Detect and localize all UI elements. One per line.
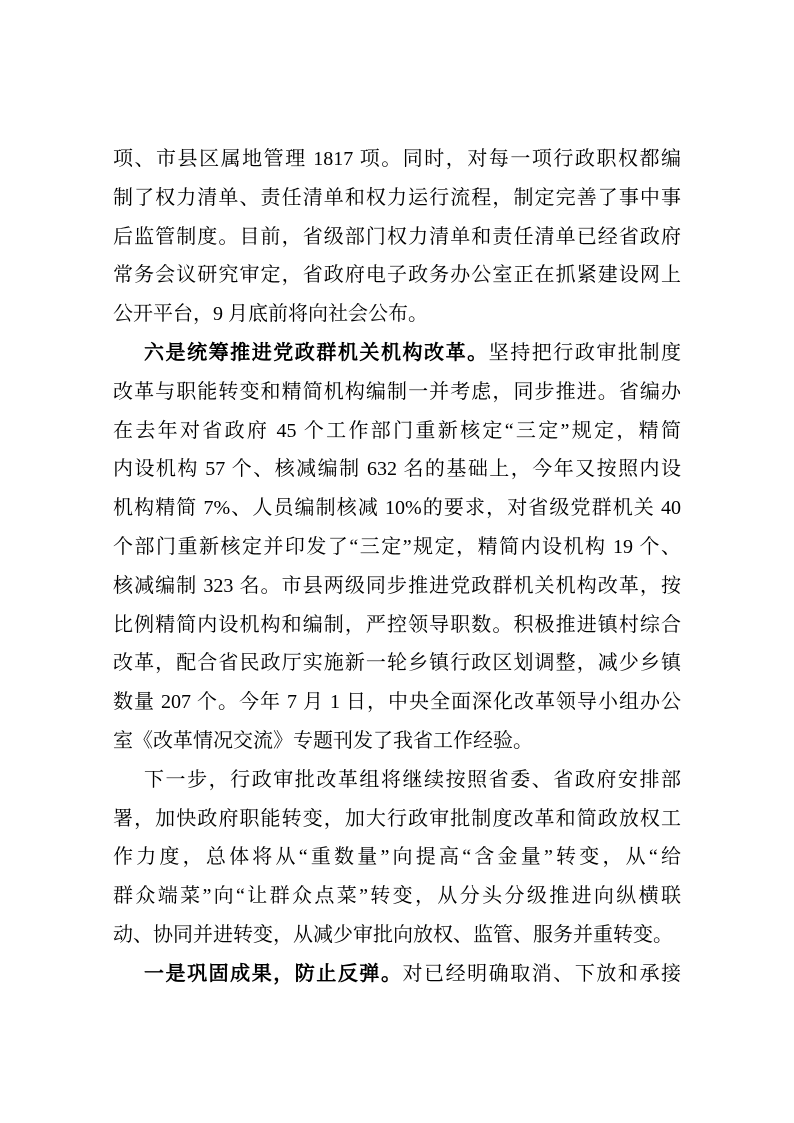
body-text: 改革，配合省民政厅实施新一轮乡镇行政区划调整，减少乡镇 bbox=[113, 652, 681, 674]
text-line: 内设机构 57 个、核减编制 632 名的基础上，今年又按照内设 bbox=[113, 450, 681, 489]
text-line: 署，加快政府职能转变，加大行政审批制度改革和简政放权工 bbox=[113, 800, 681, 839]
body-text: 常务会议研究审定，省政府电子政务办公室正在抓紧建设网上 bbox=[113, 264, 681, 286]
body-text: 下一步，行政审批改革组将继续按照省委、省政府安排部 bbox=[144, 769, 681, 791]
body-text: 制了权力清单、责任清单和权力运行流程，制定完善了事中事 bbox=[113, 187, 681, 209]
text-line: 比例精简内设机构和编制，严控领导职数。积极推进镇村综合 bbox=[113, 606, 681, 645]
text-line: 下一步，行政审批改革组将继续按照省委、省政府安排部 bbox=[113, 761, 681, 800]
text-line: 常务会议研究审定，省政府电子政务办公室正在抓紧建设网上 bbox=[113, 256, 681, 295]
body-text: 个部门重新核定并印发了“三定”规定，精简内设机构 19 个、 bbox=[113, 536, 681, 558]
body-text: 后监管制度。目前，省级部门权力清单和责任清单已经省政府 bbox=[113, 226, 681, 248]
paragraph-continued-from-previous-page: 项、市县区属地管理 1817 项。同时，对每一项行政职权都编制了权力清单、责任清… bbox=[113, 140, 681, 334]
body-text: 公开平台，9 月底前将向社会公布。 bbox=[113, 303, 428, 325]
body-text: 作力度，总体将从“重数量”向提高“含金量”转变，从“给 bbox=[113, 846, 681, 868]
text-line: 改革与职能转变和精简机构编制一并考虑，同步推进。省编办 bbox=[113, 373, 681, 412]
text-line: 机构精简 7%、人员编制核减 10%的要求，对省级党群机关 40 bbox=[113, 489, 681, 528]
text-line: 改革，配合省民政厅实施新一轮乡镇行政区划调整，减少乡镇 bbox=[113, 644, 681, 683]
document-body: 项、市县区属地管理 1817 项。同时，对每一项行政职权都编制了权力清单、责任清… bbox=[113, 140, 681, 994]
body-text: 比例精简内设机构和编制，严控领导职数。积极推进镇村综合 bbox=[113, 614, 681, 636]
body-text: 在去年对省政府 45 个工作部门重新核定“三定”规定，精简 bbox=[113, 420, 681, 442]
body-text: 室《改革情况交流》专题刊发了我省工作经验。 bbox=[113, 730, 533, 752]
text-line: 群众端菜”向“让群众点菜”转变，从分头分级推进向纵横联 bbox=[113, 877, 681, 916]
text-line: 作力度，总体将从“重数量”向提高“含金量”转变，从“给 bbox=[113, 838, 681, 877]
body-text: 动、协同并进转变，从减少审批向放权、监管、服务并重转变。 bbox=[113, 924, 673, 946]
bold-lead-text: 一是巩固成果，防止反弹。 bbox=[144, 963, 403, 985]
body-text: 署，加快政府职能转变，加大行政审批制度改革和简政放权工 bbox=[113, 808, 681, 830]
text-line: 公开平台，9 月底前将向社会公布。 bbox=[113, 295, 681, 334]
paragraph-next-steps: 下一步，行政审批改革组将继续按照省委、省政府安排部署，加快政府职能转变，加大行政… bbox=[113, 761, 681, 955]
paragraph-one-consolidate-results: 一是巩固成果，防止反弹。对已经明确取消、下放和承接 bbox=[113, 955, 681, 994]
document-page: 项、市县区属地管理 1817 项。同时，对每一项行政职权都编制了权力清单、责任清… bbox=[0, 0, 794, 1123]
text-line: 后监管制度。目前，省级部门权力清单和责任清单已经省政府 bbox=[113, 218, 681, 257]
text-line: 室《改革情况交流》专题刊发了我省工作经验。 bbox=[113, 722, 681, 761]
text-line: 数量 207 个。今年 7 月 1 日，中央全面深化改革领导小组办公 bbox=[113, 683, 681, 722]
text-line: 在去年对省政府 45 个工作部门重新核定“三定”规定，精简 bbox=[113, 412, 681, 451]
text-line: 六是统筹推进党政群机关机构改革。坚持把行政审批制度 bbox=[113, 334, 681, 373]
body-text: 机构精简 7%、人员编制核减 10%的要求，对省级党群机关 40 bbox=[113, 497, 681, 519]
body-text: 内设机构 57 个、核减编制 632 名的基础上，今年又按照内设 bbox=[113, 458, 681, 480]
bold-lead-text: 六是统筹推进党政群机关机构改革。 bbox=[144, 342, 489, 364]
text-line: 个部门重新核定并印发了“三定”规定，精简内设机构 19 个、 bbox=[113, 528, 681, 567]
body-text: 项、市县区属地管理 1817 项。同时，对每一项行政职权都编 bbox=[113, 148, 681, 170]
text-line: 动、协同并进转变，从减少审批向放权、监管、服务并重转变。 bbox=[113, 916, 681, 955]
text-line: 核减编制 323 名。市县两级同步推进党政群机关机构改革，按 bbox=[113, 567, 681, 606]
paragraph-six-reform-of-party-government-organs: 六是统筹推进党政群机关机构改革。坚持把行政审批制度改革与职能转变和精简机构编制一… bbox=[113, 334, 681, 761]
text-line: 制了权力清单、责任清单和权力运行流程，制定完善了事中事 bbox=[113, 179, 681, 218]
text-line: 项、市县区属地管理 1817 项。同时，对每一项行政职权都编 bbox=[113, 140, 681, 179]
body-text: 数量 207 个。今年 7 月 1 日，中央全面深化改革领导小组办公 bbox=[113, 691, 681, 713]
text-line: 一是巩固成果，防止反弹。对已经明确取消、下放和承接 bbox=[113, 955, 681, 994]
body-text: 群众端菜”向“让群众点菜”转变，从分头分级推进向纵横联 bbox=[113, 885, 681, 907]
body-text: 核减编制 323 名。市县两级同步推进党政群机关机构改革，按 bbox=[113, 575, 681, 597]
body-text: 坚持把行政审批制度 bbox=[489, 342, 681, 364]
body-text: 改革与职能转变和精简机构编制一并考虑，同步推进。省编办 bbox=[113, 381, 681, 403]
body-text: 对已经明确取消、下放和承接 bbox=[403, 963, 682, 985]
